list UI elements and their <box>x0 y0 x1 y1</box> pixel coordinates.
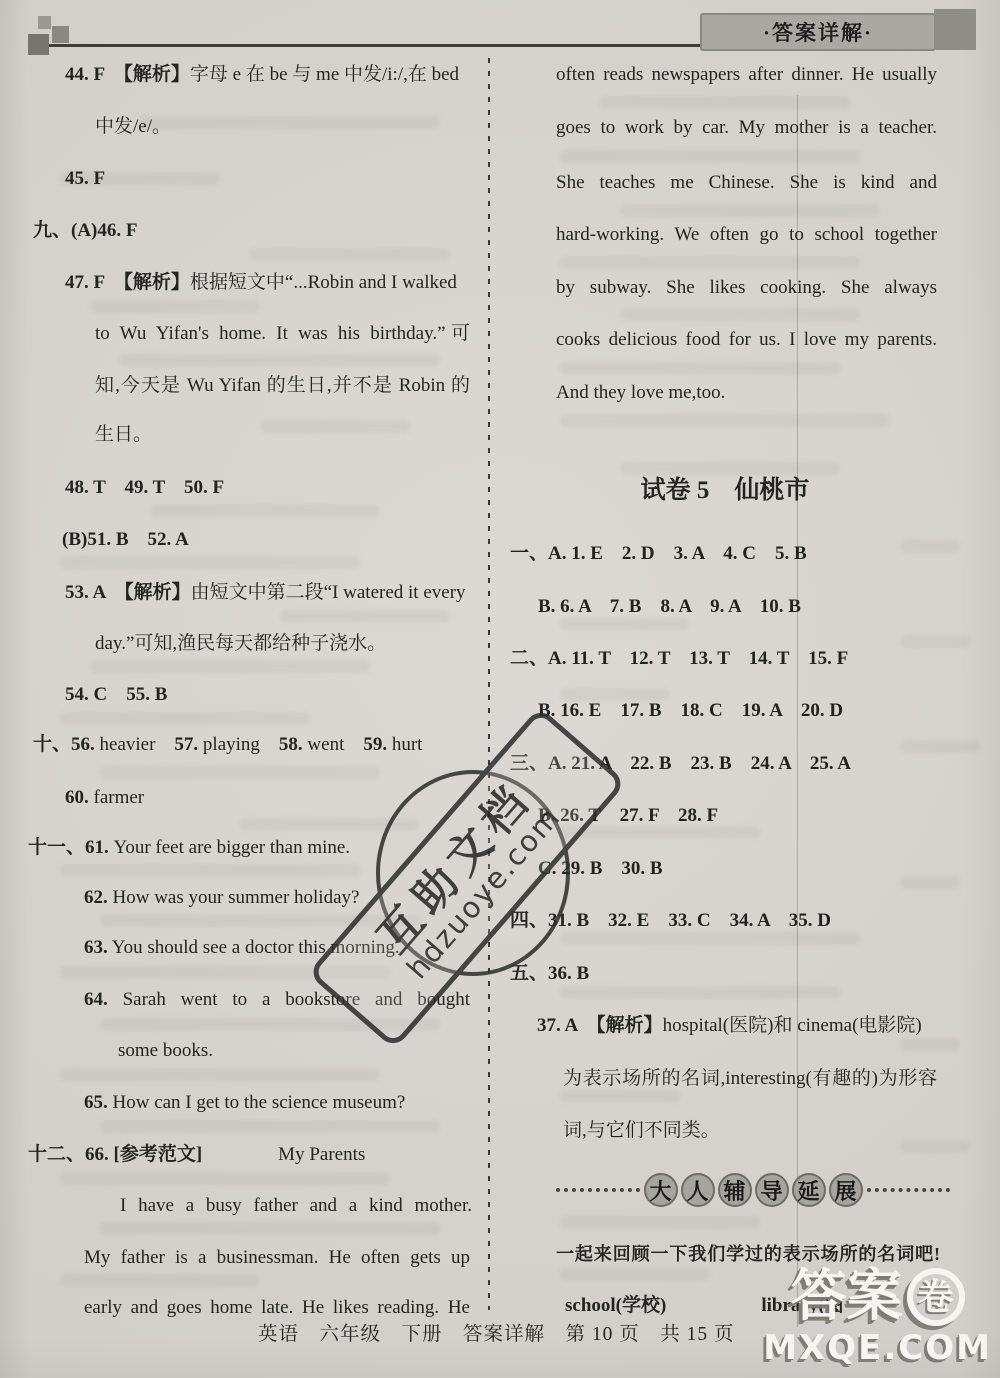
text-line: I have a busy father and a kind mother. <box>120 1193 472 1219</box>
bleed-through-smudge <box>560 256 860 269</box>
bleed-through-smudge <box>100 1018 440 1031</box>
bleed-through-smudge <box>560 1216 760 1229</box>
bleed-through-smudge <box>280 610 450 623</box>
extension-badge-characters: 大人辅导延展 <box>644 1173 863 1207</box>
bleed-through-smudge <box>60 1068 380 1081</box>
text-line: 二、A. 11. T 12. T 13. T 14. T 15. F <box>510 646 848 672</box>
text-line: 十、56. heavier 57. playing 58. went 59. h… <box>33 732 422 758</box>
extension-badge-char: 辅 <box>718 1173 752 1207</box>
bleed-through-smudge <box>100 914 420 927</box>
text-line: 十二、66. [参考范文] My Parents <box>28 1142 365 1168</box>
bleed-through-smudge <box>140 116 440 129</box>
text-line: 37. A 【解析】hospital(医院)和 cinema(电影院) <box>537 1013 922 1039</box>
bleed-through-smudge <box>150 504 380 517</box>
text-line: some books. <box>118 1038 213 1064</box>
text-line: 五、36. B <box>510 961 589 987</box>
bleed-through-smudge <box>60 864 360 877</box>
extension-badge-char: 展 <box>829 1173 863 1207</box>
badge-side-square <box>934 9 976 50</box>
text-line: 53. A 【解析】由短文中第二段“I watered it every <box>65 580 466 606</box>
bleed-through-smudge <box>560 414 890 427</box>
watermark-circled-char: 卷 <box>907 1268 965 1326</box>
text-line: 62. How was your summer holiday? <box>84 885 359 911</box>
text-line: 生日。 <box>95 422 152 448</box>
text-line: 三、A. 21. A 22. B 23. B 24. A 25. A <box>510 751 851 777</box>
text-line: 48. T 49. T 50. F <box>65 475 224 501</box>
bleed-through-smudge <box>560 362 840 375</box>
text-line: B. 6. A 7. B 8. A 9. A 10. B <box>538 594 801 620</box>
text-line: 60. farmer <box>65 785 144 811</box>
text-line: 为表示场所的名词,interesting(有趣的)为形容 <box>563 1066 937 1092</box>
bleed-through-smudge <box>100 1222 440 1235</box>
text-line: My father is a businessman. He often get… <box>84 1245 470 1271</box>
text-line: 中发/e/。 <box>95 114 171 140</box>
bleed-through-smudge <box>560 986 840 999</box>
bleed-through-smudge <box>60 1274 260 1287</box>
corner-square-small <box>38 16 51 29</box>
text-line: 词,与它们不同类。 <box>563 1118 720 1144</box>
text-line: She teaches me Chinese. She is kind and <box>556 170 937 196</box>
text-line: 一起来回顾一下我们学过的表示场所的名词吧! <box>556 1241 940 1267</box>
extension-badge-char: 大 <box>644 1173 678 1207</box>
text-line: 47. F 【解析】根据短文中“...Robin and I walked <box>65 270 457 296</box>
bleed-through-smudge <box>60 556 360 569</box>
bleed-through-smudge <box>60 1172 390 1185</box>
bleed-through-smudge <box>250 248 450 261</box>
text-line: often reads newspapers after dinner. He … <box>556 62 937 88</box>
dotted-rule-left <box>556 1188 640 1192</box>
text-line: 65. How can I get to the science museum? <box>84 1090 405 1116</box>
bleed-through-smudge <box>900 876 960 889</box>
bleed-through-smudge <box>600 96 850 109</box>
watermark-logo-row: 答案 卷 <box>763 1268 992 1326</box>
text-line: B. 16. E 17. B 18. C 19. A 20. D <box>538 698 843 724</box>
bleed-through-smudge <box>620 308 860 321</box>
bleed-through-smudge <box>620 204 880 217</box>
text-line: 十一、61. Your feet are bigger than mine. <box>28 835 350 861</box>
bleed-through-smudge <box>560 150 860 163</box>
watermark-text: 答案 <box>791 1269 903 1325</box>
page-footer: 英语 六年级 下册 答案详解 第 10 页 共 15 页 <box>258 1318 735 1346</box>
extension-badge-char: 人 <box>681 1173 715 1207</box>
bleed-through-smudge <box>90 300 260 313</box>
bleed-through-smudge <box>120 354 440 367</box>
text-line: C. 29. B 30. B <box>538 856 663 882</box>
bleed-through-smudge <box>60 712 310 725</box>
answer-key-badge: ·答案详解· <box>700 13 936 51</box>
text-line: (B)51. B 52. A <box>62 527 189 553</box>
text-line: goes to work by car. My mother is a teac… <box>556 115 937 141</box>
text-line: 44. F 【解析】字母 e 在 be 与 me 中发/i:/,在 bed <box>65 62 459 88</box>
text-line: 四、31. B 32. E 33. C 34. A 35. D <box>510 908 831 934</box>
bleed-through-smudge <box>100 1120 440 1133</box>
text-line: by subway. She likes cooking. She always <box>556 275 937 301</box>
text-line: 九、(A)46. F <box>33 218 137 244</box>
text-line: B. 26. T 27. F 28. F <box>538 803 718 829</box>
extension-badge-char: 导 <box>755 1173 789 1207</box>
bleed-through-smudge <box>240 818 420 831</box>
text-line: cooks delicious food for us. I love my p… <box>556 327 937 353</box>
text-line: 一、A. 1. E 2. D 3. A 4. C 5. B <box>510 541 807 567</box>
parent-coaching-extension-band: 大人辅导延展 <box>556 1170 950 1210</box>
bleed-through-smudge <box>900 635 970 648</box>
corner-square-large <box>28 34 49 55</box>
text-line: 63. You should see a doctor this morning… <box>84 935 400 961</box>
text-line: 54. C 55. B <box>65 682 167 708</box>
column-divider <box>488 58 490 1310</box>
text-line: day.”可知,渔民每天都给种子浇水。 <box>95 631 386 657</box>
bleed-through-smudge <box>900 540 960 553</box>
text-line: 试卷 5 仙桃市 <box>510 478 940 504</box>
text-line: 知,今天是 Wu Yifan 的生日,并不是 Robin 的 <box>95 373 470 399</box>
text-line: And they love me,too. <box>556 380 725 406</box>
mxqe-watermark: 答案 卷 MXQE.COM <box>763 1268 992 1368</box>
bleed-through-smudge <box>90 660 370 673</box>
watermark-site-url: MXQE.COM <box>763 1328 992 1368</box>
text-line: to Wu Yifan's home. It was his birthday.… <box>95 321 470 347</box>
bleed-through-smudge <box>900 740 980 753</box>
extension-badge-char: 延 <box>792 1173 826 1207</box>
text-line: 45. F <box>65 166 105 192</box>
corner-square-medium <box>52 26 69 43</box>
bleed-through-smudge <box>560 1268 710 1281</box>
bleed-through-smudge <box>620 462 840 475</box>
dotted-rule-right <box>867 1188 951 1192</box>
bleed-through-smudge <box>900 1140 970 1153</box>
bleed-through-smudge <box>60 966 390 979</box>
text-line: 64. Sarah went to a bookstore and bought <box>84 987 470 1013</box>
text-line: hard-working. We often go to school toge… <box>556 222 937 248</box>
bleed-through-smudge <box>260 420 410 433</box>
bleed-through-smudge <box>100 766 380 779</box>
bleed-through-smudge <box>900 1038 960 1051</box>
